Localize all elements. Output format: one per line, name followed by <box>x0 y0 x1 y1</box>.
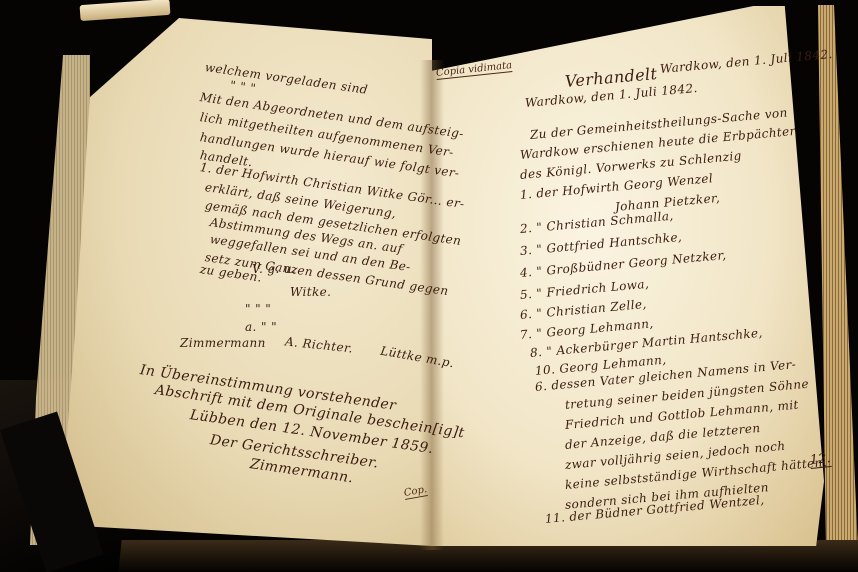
ditto-marks: " " " <box>245 302 271 316</box>
photo-scene: welchem vorgeladen sind " " " Mit den Ab… <box>0 0 858 572</box>
ditto-marks: a. " " <box>245 320 277 334</box>
page-curl <box>80 0 171 21</box>
signature-name: Zimmermann <box>180 336 266 350</box>
page-number: 12. <box>809 451 831 469</box>
signature-vgu: V. g. u. <box>252 262 296 276</box>
signature-witke: Witke. <box>290 285 331 299</box>
